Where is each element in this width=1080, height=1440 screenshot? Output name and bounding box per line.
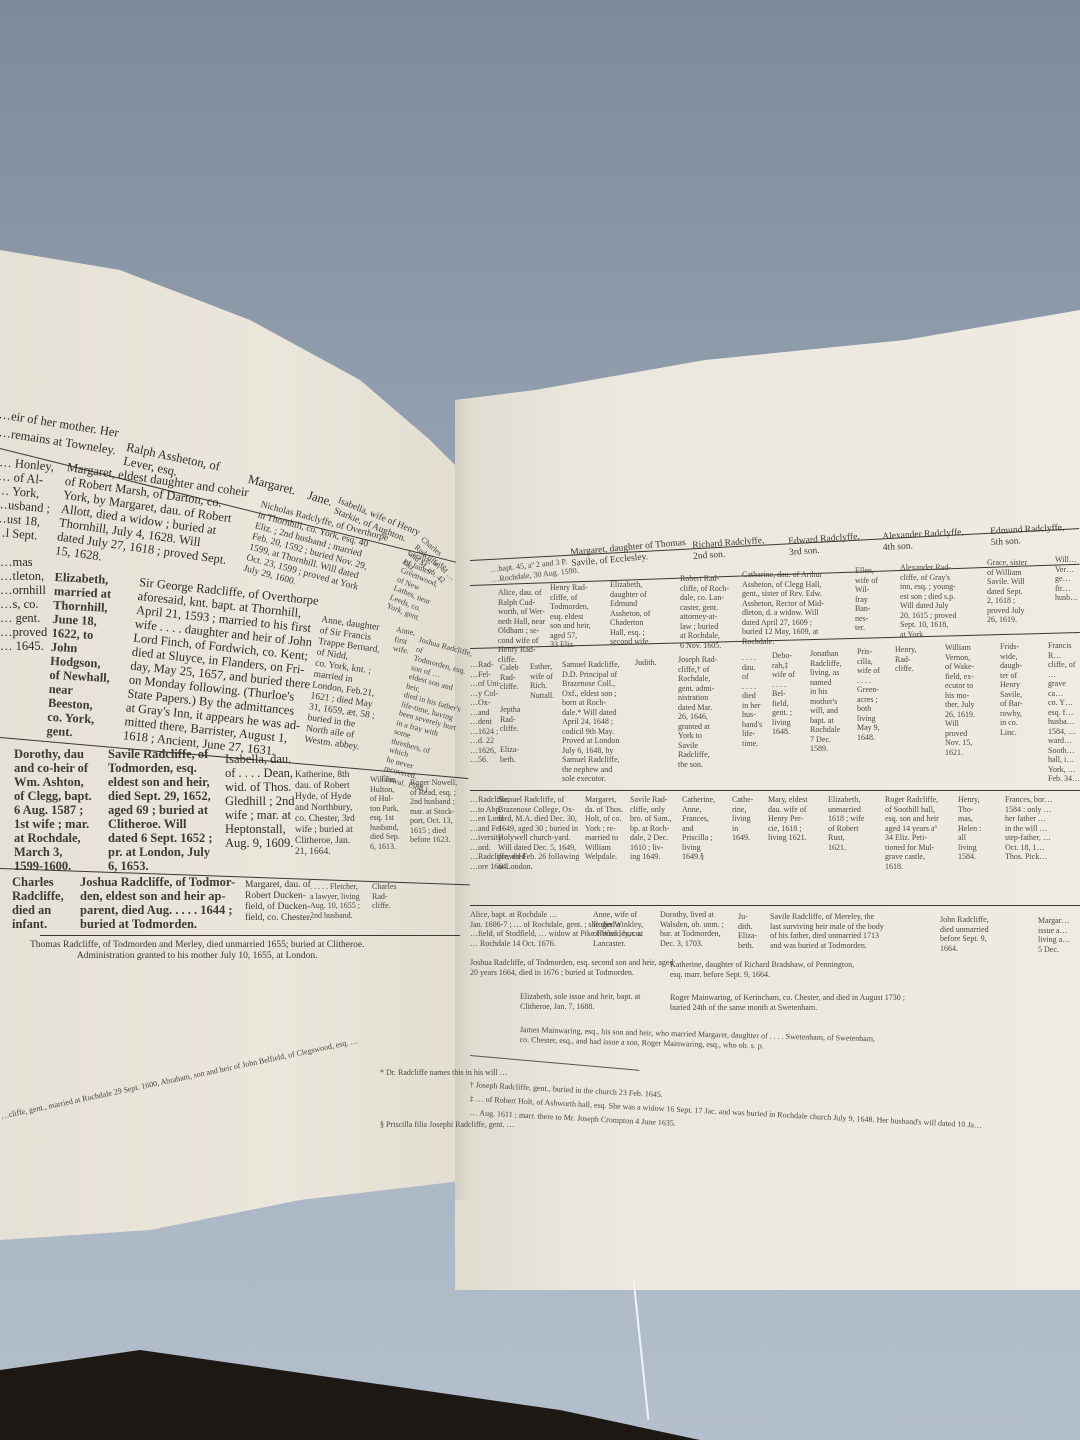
person-grace-savile: Grace, sister of William Savile. Will da… (987, 558, 1027, 625)
person-richard-radclyffe: Richard Radclyffe, 2nd son. (692, 536, 765, 563)
person-margaret-holt: Margaret, da. of Thos. Holt, of co. York… (585, 795, 623, 862)
person-francis-radcliffe-fragment: Francis R… cliffe, of … grave ca… co. Y…… (1048, 641, 1080, 784)
person-henry-radcliffe: Henry Rad- cliffe, of Todmorden, esq. el… (550, 583, 591, 650)
person-joseph-radcliffe: Joseph Rad- cliffe,† of Rochdale, gent. … (678, 655, 717, 769)
person-thomas-radcliffe-merley: Thomas Radcliffe, of Todmorden and Merle… (30, 940, 364, 962)
family-line (40, 935, 460, 936)
person-anne-winkley: Anne, wife of Roger Winkley, of Winkley,… (593, 910, 643, 948)
person-elizabeth-hodgson: Elizabeth, married at Thornhill, June 18… (46, 570, 115, 741)
person-anne-first-wife: Anne, first wife. (392, 625, 416, 656)
person-fletcher: . . . . . Fletcher, a lawyer, living Aug… (310, 882, 360, 920)
person-margaret-marsh: Margaret, eldest daughter and coheir of … (54, 460, 249, 583)
person-william-vernon-fragment: Will… Ver… ge… fir… husb… (1055, 555, 1078, 603)
person-elizabeth-child: Eliza- beth. (500, 745, 519, 764)
person-dorothy-ashton: Dorothy, dau and co-heir of Wm. Ashton, … (14, 747, 92, 873)
person-cecilia-greenwood: Cecilia, wife of James Greenwood, of New… (385, 548, 448, 625)
person-dorothy-walsden: Dorothy, lived at Walsden, ob. unm. ; bu… (660, 910, 724, 948)
person-elizabeth-rust: Elizabeth, unmarried 1618 ; wife of Robe… (828, 795, 864, 852)
person-edmund-radclyffe: Edmund Radclyffe, 5th son. (990, 523, 1065, 549)
person-margaret-savile: Margaret, daughter of Thomas Savile, of … (570, 538, 687, 570)
person-john-radcliffe: John Radcliffe, died unmarried before Se… (940, 915, 989, 953)
person-samuel-radcliffe-dd: Samuel Radcliffe, D.D. Principal of Braz… (562, 660, 620, 784)
footnote-5: § Priscilla filia Josephi Radcliffe, gen… (380, 1120, 515, 1130)
person-judith: Judith. (635, 658, 657, 668)
right-page-chart: …bapt. 45, aº 2 and 3 P. …Rochdale, 30 A… (470, 0, 1080, 1440)
person-alice-cudworth: Alice, dau. of Ralph Cud- worth, of Wer-… (498, 588, 545, 664)
person-savile-radcliffe: Savile Radcliffe, of Todmorden, esq. eld… (108, 747, 213, 873)
person-sir-george-radcliffe: Sir George Radcliffe, of Overthorpe afor… (122, 575, 319, 761)
person-radcliffe-fellow-fragment: …Rad- …Fel- …of Uni- …y Col- …Ox- …and …… (470, 660, 501, 765)
person-elizabeth-sole-issue: Elizabeth, sole issue and heir, bapt. at… (520, 992, 640, 1011)
person-alexander-radcliffe-grays: Alexander Rad- cliffe, of Gray's inn, es… (900, 563, 956, 639)
person-savile-radcliffe-mereley: Savile Radcliffe, of Mereley, the last s… (770, 912, 884, 950)
person-margaret-duckenfield: Margaret, dau. of Robert Ducken- field, … (245, 880, 312, 924)
person-charles-radcliffe-infant: Charles Radcliffe, died an infant. (12, 875, 64, 931)
family-line (470, 528, 1079, 561)
person-william-hulton: William Hulton, of Hul- ton Park, esq. 1… (370, 775, 400, 851)
person-roger-radcliffe-soothill: Roger Radcliffe, of Soothill hall, esq. … (885, 795, 939, 871)
person-unnamed-dau: . . . . dau. of . . . . died in her hus-… (742, 653, 762, 748)
person-anne-trappes: Anne, daughter of Sir Francis Trappe Ber… (304, 615, 388, 755)
family-line (470, 790, 1080, 791)
person-edward-radclyffe: Edward Radclyffe, 3rd son. (788, 532, 861, 559)
person-elizabeth-assheton: Elizabeth, daughter of Edmund Assheton, … (610, 580, 650, 647)
person-joshua-radcliffe-top: Joshua Radcliffe, of Todmorden, esq. son… (381, 635, 478, 797)
person-jonathan-radcliffe: Jonathan Radcliffe, living, as named in … (810, 649, 842, 754)
person-henry-radcliffe-2: Henry, Rad- cliffe. (895, 645, 916, 674)
person-deborah-belfield: Debo- rah,‡ wife of . . . . Bel- field, … (772, 651, 795, 737)
person-judith-elizabeth: Ju- dith. Eliza- beth. (738, 912, 757, 950)
person-roger-mainwaring: Roger Mainwaring, of Kerincham, co. Ches… (670, 993, 905, 1012)
person-caleb-radcliffe: Caleb Rad- cliffe. (500, 663, 519, 692)
person-alexander-radclyffe-4th: Alexander Radclyffe, 4th son. (882, 528, 965, 554)
person-honley-fragment: … Honley, … of Al- … York, …usband ; …us… (0, 455, 55, 543)
left-page-chart: …eir of her mother. Her …remains at Town… (0, 0, 480, 1440)
footnote-1: * Dr. Radcliffe names this in his will … (380, 1068, 508, 1078)
person-katherine-bradshaw: Katherine, daughter of Richard Bradshaw,… (670, 960, 854, 979)
person-joshua-radcliffe-second: Joshua Radcliffe, of Todmorden, esq. sec… (470, 958, 673, 977)
person-bapt-fragment: …bapt. 45, aº 2 and 3 P. …Rochdale, 30 A… (490, 556, 579, 584)
person-savile-radcliffe-only-bro: Savile Rad- cliffe, only bro. of Sam., b… (630, 795, 672, 862)
person-samuel-radcliffe-bnc: Samuel Radcliffe, of Brazenose College, … (498, 795, 579, 871)
person-roger-nowell: Roger Nowell, of Read, esq. ; 2nd husban… (410, 778, 457, 845)
person-henry-thomas-helen: Henry, Tho- mas, Helen : all living 1584… (958, 795, 981, 862)
person-joshua-radcliffe: Joshua Radcliffe, of Todmor- den, eldest… (80, 875, 235, 931)
person-thomas-fragment: …mas …tleton, …ornhill …s, co. … gent. …… (0, 555, 47, 653)
person-mary-percie: Mary, eldest dau. wife of Henry Per- cie… (768, 795, 807, 843)
person-margaret: Margaret. (247, 472, 298, 497)
person-jeptha-radcliffe: Jeptha Rad- cliffe. (500, 705, 520, 734)
person-katherine-hyde: Katherine, 8th dau. of Robert Hyde, of H… (295, 770, 355, 858)
person-ellen-bannester: Ellen, wife of Wil- fray Ban- nes- ter. (855, 566, 878, 633)
person-james-mainwaring: James Mainwaring, esq., his son and heir… (520, 1025, 876, 1053)
person-isabella-dean: Isabella, dau. of . . . . Dean, wid. of … (225, 752, 294, 850)
person-frideswide-savile: Frids- wide, daugh- ter of Henry Savile,… (1000, 642, 1023, 737)
person-jane: Jane. (306, 488, 334, 509)
person-catharine-assheton: Catharine, dau. of Arthur Assheton, of C… (742, 570, 824, 646)
family-line (470, 905, 1080, 906)
person-priscilla-greenacres: Pris- cilla, wife of . . . . Green- acre… (857, 647, 880, 742)
person-esther-nuttall: Esther, wife of Rich. Nuttall. (530, 662, 554, 700)
person-margaret-fragment: Margar… issue a… living a… 5 Dec. (1038, 916, 1070, 954)
person-catherine-anne-frances-priscilla: Catherine, Anne, Frances, and Priscilla … (682, 795, 715, 862)
person-robert-radcliffe: Robert Rad- cliffe, of Roch- dale, co. L… (680, 574, 729, 650)
person-frances-fragment: Frances, bor… 1584 : only … her father …… (1005, 795, 1053, 862)
person-william-vernon: William Vernon, of Wake- field, ex- ecut… (945, 643, 975, 757)
person-catherine-living: Cathe- rine, living in 1649. (732, 795, 753, 843)
person-charles-radcliffe-2: Charles Rad- cliffe. (372, 882, 396, 911)
